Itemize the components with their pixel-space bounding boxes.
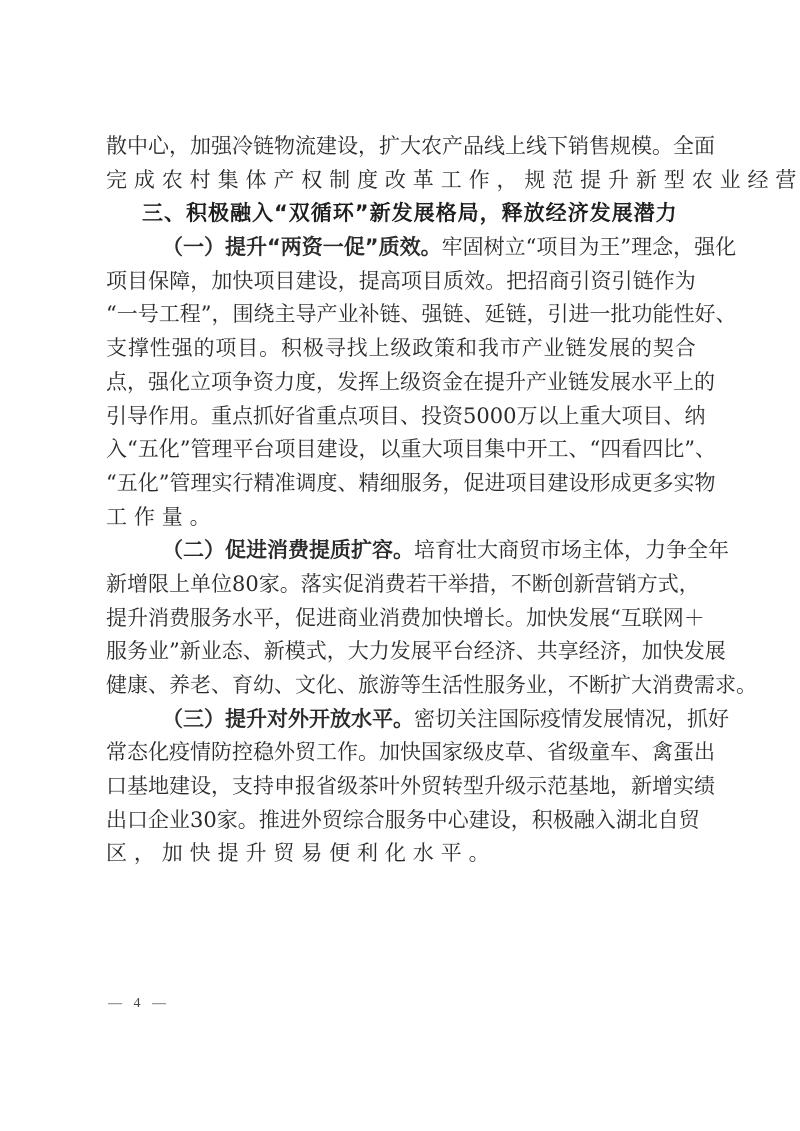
body-line: 提升消费服务水平，促进商业消费加快增长。加快发展“互联网＋ [106,602,696,636]
section-heading: 三、积极融入“双循环”新发展格局，释放经济发展潜力 [106,197,696,231]
body-line: 工作量。 [106,501,696,535]
subsection-title: （二）促进消费提质扩容。 [162,534,414,568]
body-line: 点，强化立项争资力度，发挥上级资金在提升产业链发展水平上的 [106,366,696,400]
page-number: — 4 — [108,996,170,1012]
subsection-title: （一）提升“两资一促”质效。 [162,231,442,265]
body-line: 项目保障，加快项目建设，提高项目质效。把招商引资引链作为 [106,265,696,299]
body-line: 入“五化”管理平台项目建设，以重大项目集中开工、“四看四比”、 [106,433,696,467]
body-text: 牢固树立“项目为王”理念，强化 [442,231,736,265]
body-line: 常态化疫情防控稳外贸工作。加快国家级皮草、省级童车、禽蛋出 [106,736,696,770]
subsection-first-line: （一）提升“两资一促”质效。 牢固树立“项目为王”理念，强化 [106,231,696,265]
body-line: 新增限上单位 80 家。落实促消费若干举措，不断创新营销方式， [106,568,696,602]
body-line: “五化”管理实行精准调度、精细服务，促进项目建设形成更多实物 [106,467,696,501]
body-line: 散中心，加强冷链物流建设，扩大农产品线上线下销售规模。全面 [106,130,696,164]
body-line: 引导作用。重点抓好省重点项目、投资 5000 万以上重大项目、纳 [106,400,696,434]
subsection-first-line: （二）促进消费提质扩容。 培育壮大商贸市场主体，力争全年 [106,534,696,568]
body-line: 口基地建设，支持申报省级茶叶外贸转型升级示范基地，新增实绩 [106,770,696,804]
subsection-title: （三）提升对外开放水平。 [162,703,414,737]
document-page: 散中心，加强冷链物流建设，扩大农产品线上线下销售规模。全面 完成农村集体产权制度… [106,130,696,871]
body-line: 完成农村集体产权制度改革工作，规范提升新型农业经营主体。 [106,164,696,198]
subsection-first-line: （三）提升对外开放水平。 密切关注国际疫情发展情况，抓好 [106,703,696,737]
body-line: “一号工程”，围绕主导产业补链、强链、延链，引进一批功能性好、 [106,298,696,332]
body-line: 出口企业 30 家。推进外贸综合服务中心建设，积极融入湖北自贸 [106,804,696,838]
body-line: 服务业”新业态、新模式，大力发展平台经济、共享经济，加快发展 [106,635,696,669]
body-line: 支撑性强的项目。积极寻找上级政策和我市产业链发展的契合 [106,332,696,366]
body-text: 密切关注国际疫情发展情况，抓好 [414,703,729,737]
body-line: 健康、养老、育幼、文化、旅游等生活性服务业，不断扩大消费需求。 [106,669,696,703]
body-line: 区，加快提升贸易便利化水平。 [106,837,696,871]
body-text: 培育壮大商贸市场主体，力争全年 [414,534,729,568]
